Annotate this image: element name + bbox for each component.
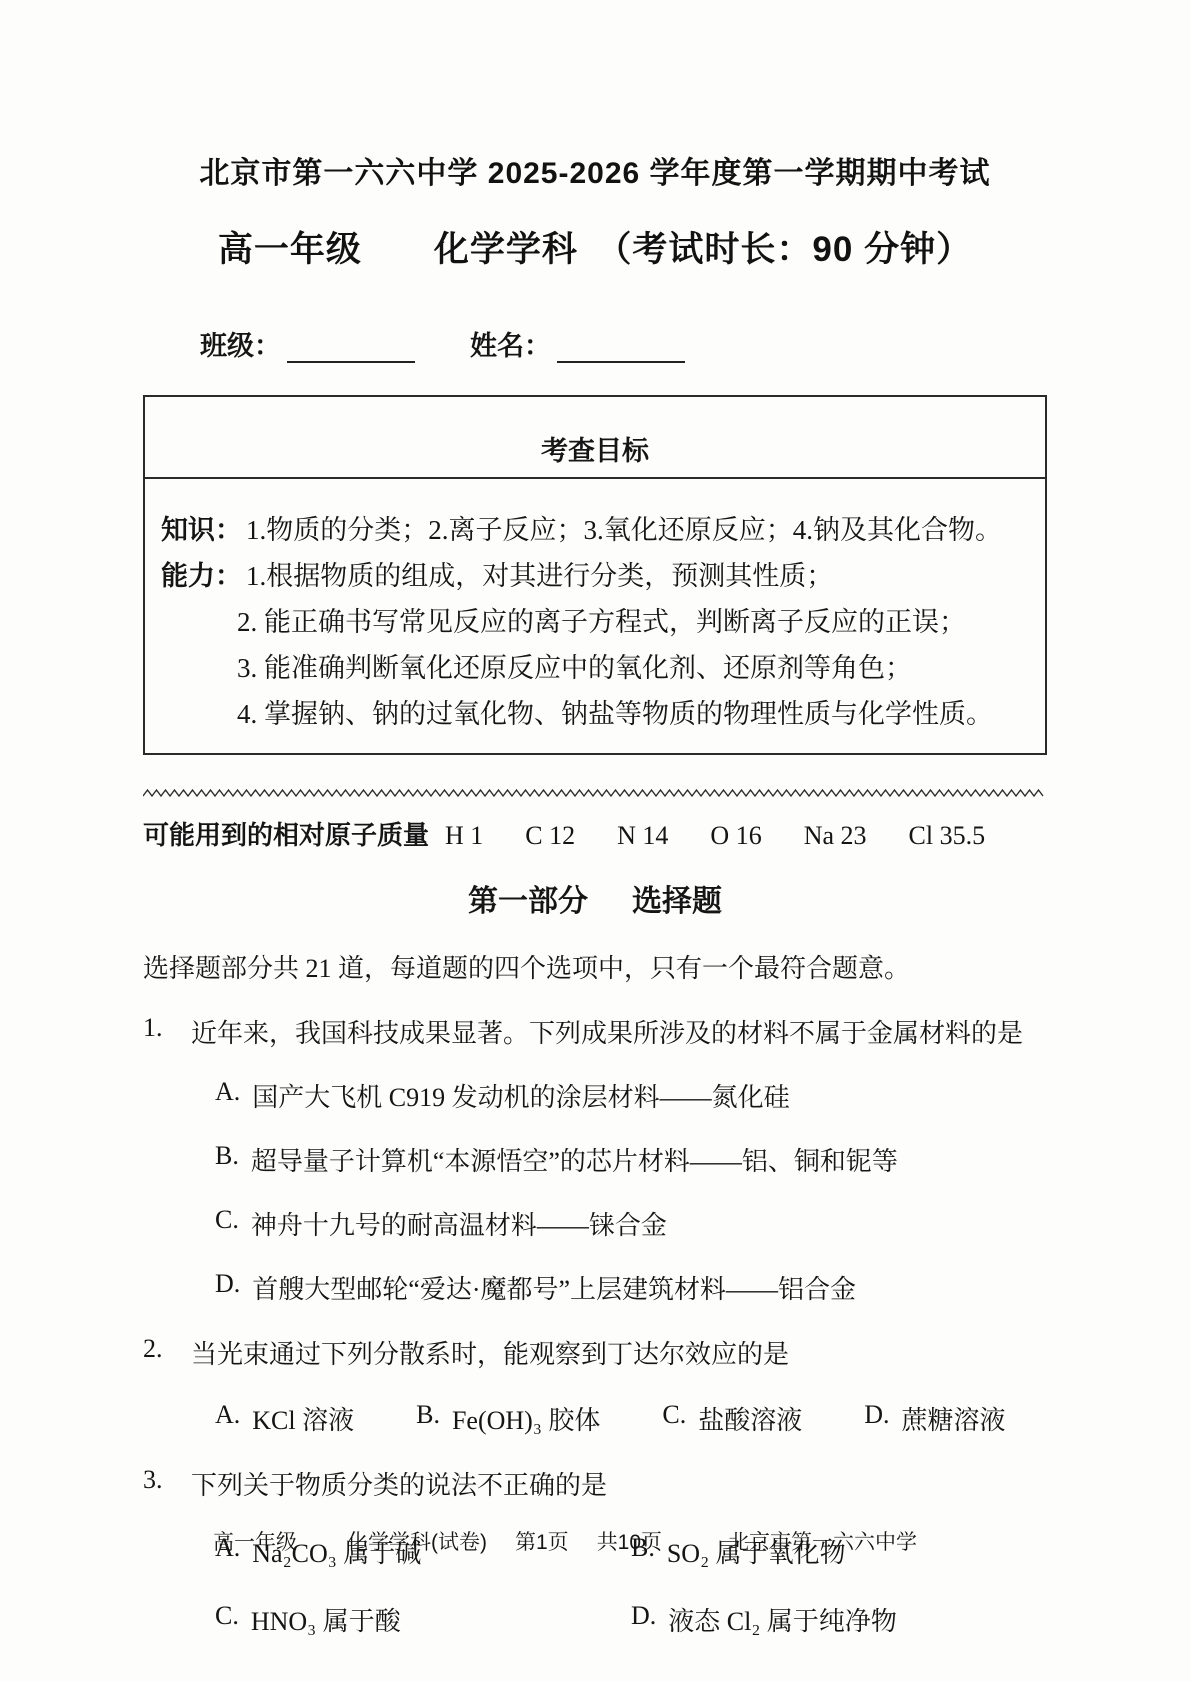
wavy-divider <box>143 785 1047 795</box>
class-label: 班级： <box>200 331 281 361</box>
section-instructions: 选择题部分共 21 道，每道题的四个选项中，只有一个最符合题意。 <box>143 948 1047 985</box>
exam-page: 北京市第一六六中学 2025-2026 学年度第一学期期中考试 高一年级 化学学… <box>0 0 1190 1682</box>
footer-subject: 化学学科(试卷) <box>347 1526 487 1556</box>
option-label: A. <box>215 1400 240 1437</box>
question-2-option-b: B. Fe(OH)₃ 胶体 <box>416 1400 600 1437</box>
atomic-mass-item: Na 23 <box>804 821 867 851</box>
question-2: 2. 当光束通过下列分散系时，能观察到丁达尔效应的是 <box>143 1334 1047 1371</box>
exam-subtitle: 高一年级 化学学科 （考试时长：90 分钟） <box>143 222 1047 272</box>
ability-item: 3. 能准确判断氧化还原反应中的氧化剂、还原剂等角色； <box>161 645 1029 691</box>
atomic-mass-item: O 16 <box>710 821 761 851</box>
question-2-options: A. KCl 溶液 B. Fe(OH)₃ 胶体 C. 盐酸溶液 D. 蔗糖溶液 <box>143 1400 1047 1437</box>
option-label: C. <box>215 1205 239 1242</box>
question-1-option-b: B. 超导量子计算机“本源悟空”的芯片材料——铝、铜和铌等 <box>143 1141 1047 1178</box>
section-part-name: 选择题 <box>632 885 722 918</box>
option-text: KCl 溶液 <box>252 1400 354 1437</box>
page-footer: 高一年级 化学学科(试卷) 第1页 共10页 北京市第一六六中学 <box>143 1526 1047 1556</box>
option-text: 液态 Cl₂ 属于纯净物 <box>668 1601 897 1638</box>
objectives-box: 考查目标 知识： 1.物质的分类；2.离子反应；3.氧化还原反应；4.钠及其化合… <box>143 395 1047 755</box>
question-1-option-c: C. 神舟十九号的耐高温材料——铼合金 <box>143 1205 1047 1242</box>
question-stem: 近年来，我国科技成果显著。下列成果所涉及的材料不属于金属材料的是 <box>191 1013 1023 1050</box>
question-number: 1. <box>143 1013 191 1050</box>
atomic-mass-item: H 1 <box>445 821 483 851</box>
class-blank <box>287 333 415 363</box>
question-1: 1. 近年来，我国科技成果显著。下列成果所涉及的材料不属于金属材料的是 <box>143 1013 1047 1050</box>
student-info-line: 班级： 姓名： <box>200 324 1047 363</box>
atomic-mass-label: 可能用到的相对原子质量 <box>143 815 429 852</box>
atomic-mass-item: N 14 <box>617 821 668 851</box>
section-part-label: 第一部分 <box>468 885 588 918</box>
ability-row: 能力： 1.根据物质的组成，对其进行分类，预测其性质； <box>161 553 1029 599</box>
ability-item: 1.根据物质的组成，对其进行分类，预测其性质； <box>246 553 833 599</box>
knowledge-label: 知识： <box>161 507 242 553</box>
question-stem: 下列关于物质分类的说法不正确的是 <box>191 1465 607 1502</box>
option-label: C. <box>662 1400 686 1437</box>
question-3-option-d: D. 液态 Cl₂ 属于纯净物 <box>631 1601 1047 1638</box>
name-label: 姓名： <box>470 331 551 361</box>
ability-item: 4. 掌握钠、钠的过氧化物、钠盐等物质的物理性质与化学性质。 <box>161 691 1029 737</box>
knowledge-row: 知识： 1.物质的分类；2.离子反应；3.氧化还原反应；4.钠及其化合物。 <box>161 507 1029 553</box>
exam-title: 北京市第一六六中学 2025-2026 学年度第一学期期中考试 <box>143 148 1047 192</box>
footer-page-number: 第1页 <box>515 1526 569 1556</box>
question-2-option-d: D. 蔗糖溶液 <box>864 1400 1005 1437</box>
option-text: 国产大飞机 C919 发动机的涂层材料——氮化硅 <box>252 1077 789 1114</box>
footer-page-total: 共10页 <box>597 1526 662 1556</box>
question-1-option-d: D. 首艘大型邮轮“爱达·魔都号”上层建筑材料——铝合金 <box>143 1269 1047 1306</box>
option-text: Fe(OH)₃ 胶体 <box>452 1400 600 1437</box>
atomic-mass-item: C 12 <box>525 821 575 851</box>
option-label: B. <box>215 1141 239 1178</box>
question-number: 3. <box>143 1465 191 1502</box>
section-title: 第一部分选择题 <box>143 876 1047 920</box>
option-label: D. <box>215 1269 240 1306</box>
question-2-option-a: A. KCl 溶液 <box>215 1400 354 1437</box>
option-label: D. <box>631 1601 656 1638</box>
ability-label: 能力： <box>161 553 242 599</box>
question-1-option-a: A. 国产大飞机 C919 发动机的涂层材料——氮化硅 <box>143 1077 1047 1114</box>
option-text: 神舟十九号的耐高温材料——铼合金 <box>251 1205 667 1242</box>
question-3: 3. 下列关于物质分类的说法不正确的是 <box>143 1465 1047 1502</box>
question-stem: 当光束通过下列分散系时，能观察到丁达尔效应的是 <box>191 1334 789 1371</box>
option-text: 首艘大型邮轮“爱达·魔都号”上层建筑材料——铝合金 <box>252 1269 856 1306</box>
atomic-mass-line: 可能用到的相对原子质量 H 1 C 12 N 14 O 16 Na 23 Cl … <box>143 815 1047 852</box>
question-3-option-c: C. HNO₃ 属于酸 <box>215 1601 631 1638</box>
footer-grade: 高一年级 <box>213 1526 297 1556</box>
option-label: A. <box>215 1077 240 1114</box>
atomic-mass-item: Cl 35.5 <box>909 821 986 851</box>
footer-school: 北京市第一六六中学 <box>728 1526 917 1556</box>
objectives-header: 考查目标 <box>145 397 1045 479</box>
question-3-options-row-2: C. HNO₃ 属于酸 D. 液态 Cl₂ 属于纯净物 <box>143 1601 1047 1638</box>
option-label: B. <box>416 1400 440 1437</box>
name-blank <box>557 333 685 363</box>
option-text: 超导量子计算机“本源悟空”的芯片材料——铝、铜和铌等 <box>251 1141 898 1178</box>
option-text: 盐酸溶液 <box>698 1400 802 1437</box>
knowledge-text: 1.物质的分类；2.离子反应；3.氧化还原反应；4.钠及其化合物。 <box>246 507 1002 553</box>
option-text: 蔗糖溶液 <box>902 1400 1006 1437</box>
question-2-option-c: C. 盐酸溶液 <box>662 1400 802 1437</box>
option-label: C. <box>215 1601 239 1638</box>
objectives-body: 知识： 1.物质的分类；2.离子反应；3.氧化还原反应；4.钠及其化合物。 能力… <box>145 479 1045 753</box>
option-text: HNO₃ 属于酸 <box>251 1601 401 1638</box>
option-label: D. <box>864 1400 889 1437</box>
question-number: 2. <box>143 1334 191 1371</box>
ability-item: 2. 能正确书写常见反应的离子方程式，判断离子反应的正误； <box>161 599 1029 645</box>
